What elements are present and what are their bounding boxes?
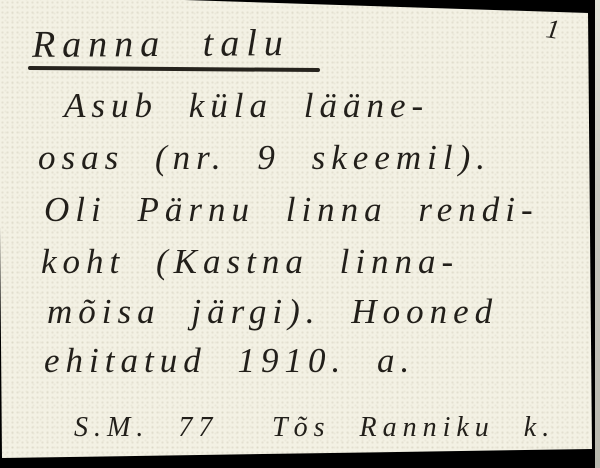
- index-card: Ranna talu 1 Asub küla lääne- osas (nr. …: [0, 0, 600, 468]
- card-text-line: koht (Kastna linna-: [41, 242, 459, 282]
- card-text-line: Asub küla lääne-: [64, 86, 429, 126]
- card-title: Ranna talu: [32, 21, 290, 67]
- page-number: 1: [544, 13, 562, 46]
- scanner-edge-strip: [595, 0, 600, 468]
- card-text-line: mõisa järgi). Hooned: [47, 292, 498, 332]
- scanned-card-page: Ranna talu 1 Asub küla lääne- osas (nr. …: [0, 0, 600, 468]
- card-text-line: osas (nr. 9 skeemil).: [38, 138, 491, 178]
- footer-location: Tõs Ranniku k.: [272, 412, 555, 444]
- title-underline: [28, 66, 320, 72]
- footer-initials-date: S.M. 77: [74, 412, 218, 444]
- card-text-line: ehitatud 1910. a.: [44, 341, 415, 381]
- card-text-line: Oli Pärnu linna rendi-: [44, 190, 539, 230]
